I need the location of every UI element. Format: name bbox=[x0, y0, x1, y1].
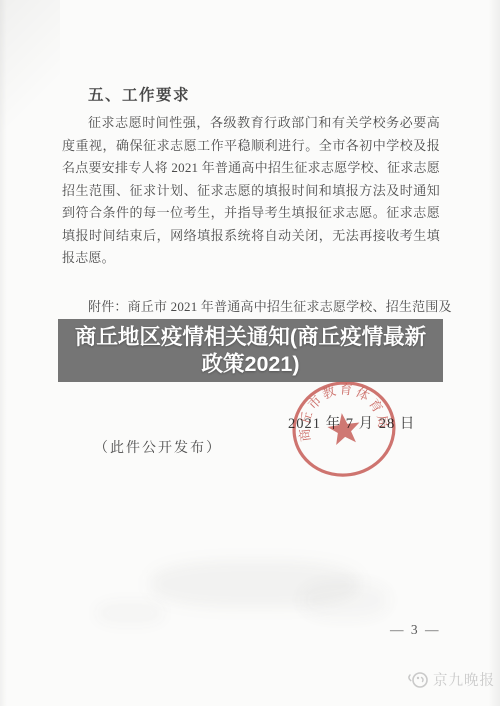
paragraph-line: 征求志愿时间性强，各级教育行政部门和有关学校务必要高 bbox=[62, 112, 440, 135]
paragraph-line: 报志愿。 bbox=[62, 247, 440, 270]
scan-bleedthrough-mark bbox=[95, 600, 165, 626]
overlay-title-line1: 商丘地区疫情相关通知(商丘疫情最新 bbox=[58, 324, 443, 351]
page-number: — 3 — bbox=[390, 622, 441, 638]
watermark: 京九晚报 bbox=[406, 669, 495, 690]
scan-bleedthrough-mark bbox=[300, 580, 390, 620]
paragraph-line: 填报时间结束后，网络填报系统将自动关闭，无法再接收考生填 bbox=[62, 225, 440, 248]
section-heading: 五、工作要求 bbox=[88, 83, 190, 105]
scanned-document-page: 五、工作要求 征求志愿时间性强，各级教育行政部门和有关学校务必要高 度重视，确保… bbox=[0, 0, 500, 706]
paragraph-line: 名点要安排专人将 2021 年普通高中招生征求志愿学校、征求志愿 bbox=[62, 157, 440, 180]
public-release-note: （此件公开发布） bbox=[94, 437, 222, 457]
official-seal: 商丘市教育体育局 bbox=[284, 369, 404, 489]
scan-edge-shadow-right bbox=[488, 0, 500, 706]
overlay-title-line2: 政策2021) bbox=[58, 351, 443, 378]
paragraph-line: 度重视，确保征求志愿工作平稳顺利进行。全市各初中学校及报 bbox=[62, 135, 440, 158]
watermark-label: 京九晚报 bbox=[433, 669, 495, 690]
jingjiu-logo-icon bbox=[406, 670, 430, 689]
seal-star-icon bbox=[326, 411, 362, 446]
attachment-line: 附件：商丘市 2021 年普通高中招生征求志愿学校、招生范围及 bbox=[88, 296, 440, 315]
paragraph-line: 招生范围、征求计划、征求志愿的填报时间和填报方法及时通知 bbox=[62, 180, 440, 203]
paragraph-line: 到符合条件的每一位考生，并指导考生填报征求志愿。征求志愿 bbox=[62, 202, 440, 225]
overlay-title-banner: 商丘地区疫情相关通知(商丘疫情最新 政策2021) bbox=[58, 319, 443, 382]
body-paragraph: 征求志愿时间性强，各级教育行政部门和有关学校务必要高 度重视，确保征求志愿工作平… bbox=[62, 112, 440, 270]
scan-corner-shadow bbox=[0, 0, 60, 140]
